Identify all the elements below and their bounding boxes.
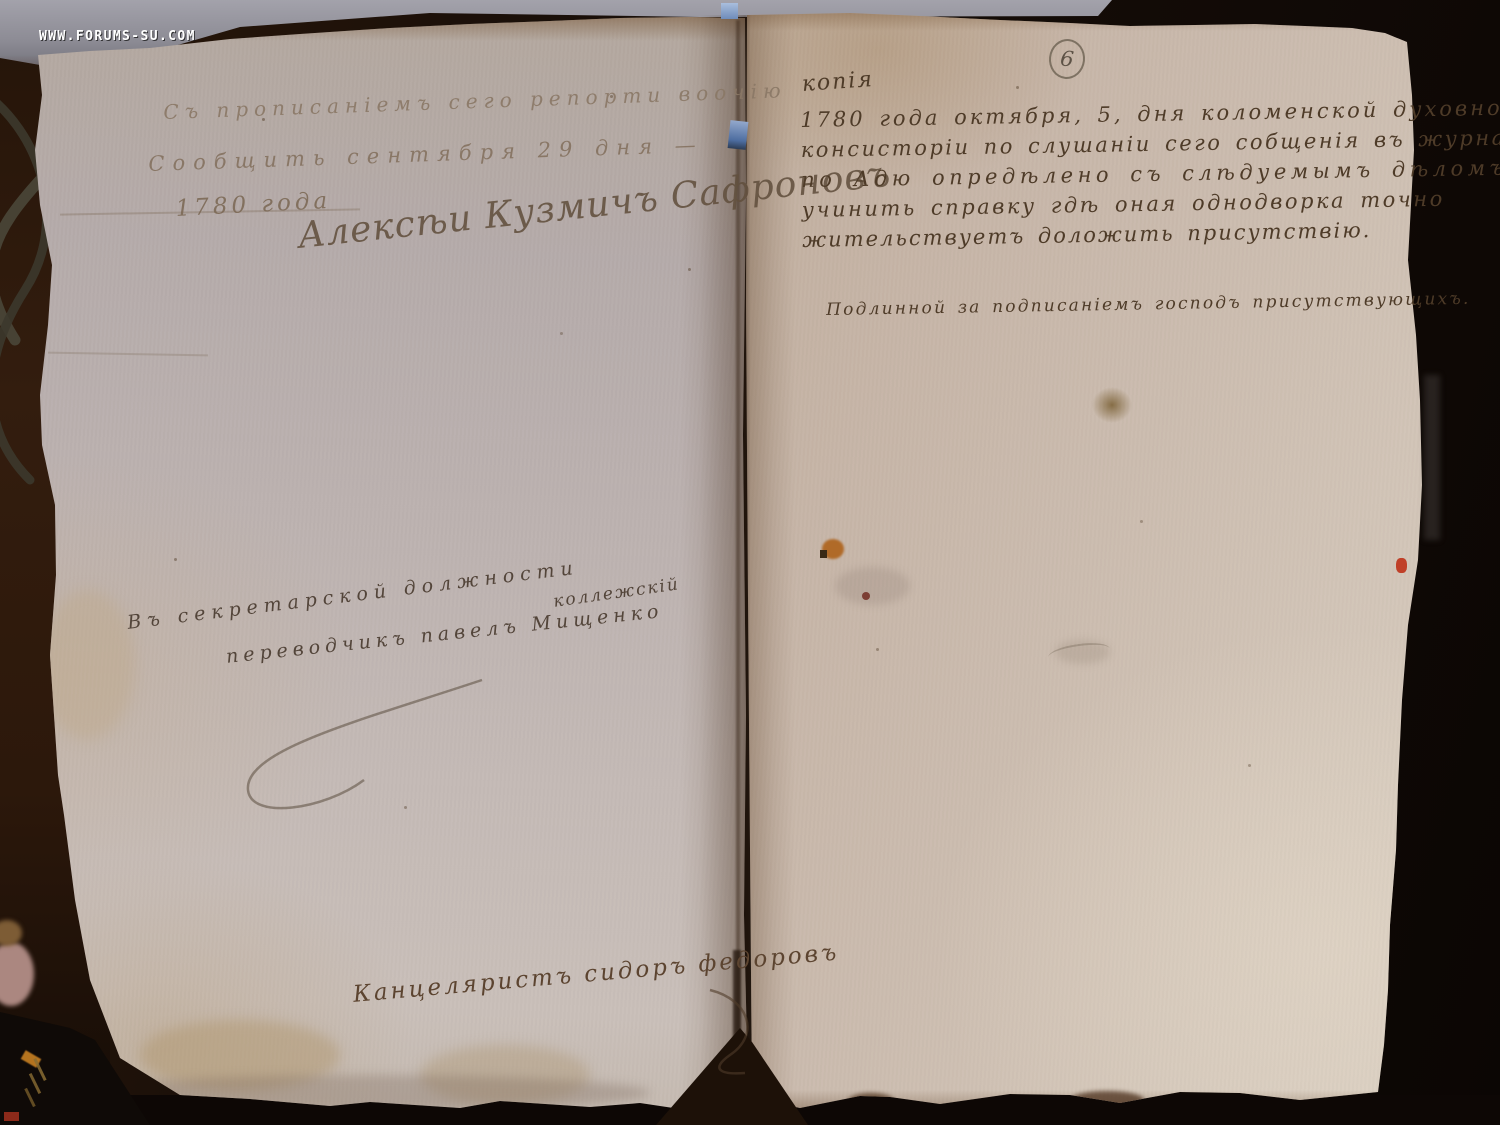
blue-gap-top <box>721 3 738 19</box>
red-fleck-right-edge <box>1396 558 1407 573</box>
book-red-fleck <box>4 1112 19 1121</box>
photo-of-archival-document: Съ прописаніемъ сего репорти воочію Сооб… <box>0 0 1500 1125</box>
decree-paragraph: 1780 года октября, 5, дня коломенской ду… <box>800 95 1500 258</box>
pen-flourish <box>690 985 780 1080</box>
edge-glint <box>1424 375 1440 540</box>
forum-watermark: WWW.FORUMS-SU.COM <box>39 29 196 44</box>
speck-dark <box>820 550 827 558</box>
stain <box>40 590 135 740</box>
copy-heading: копія <box>801 67 875 97</box>
page-number: 6 <box>1059 46 1075 71</box>
blue-gap-mid <box>728 120 749 150</box>
smudge <box>835 567 910 605</box>
stain-brown <box>1092 387 1132 423</box>
pen-flourish <box>232 662 502 842</box>
